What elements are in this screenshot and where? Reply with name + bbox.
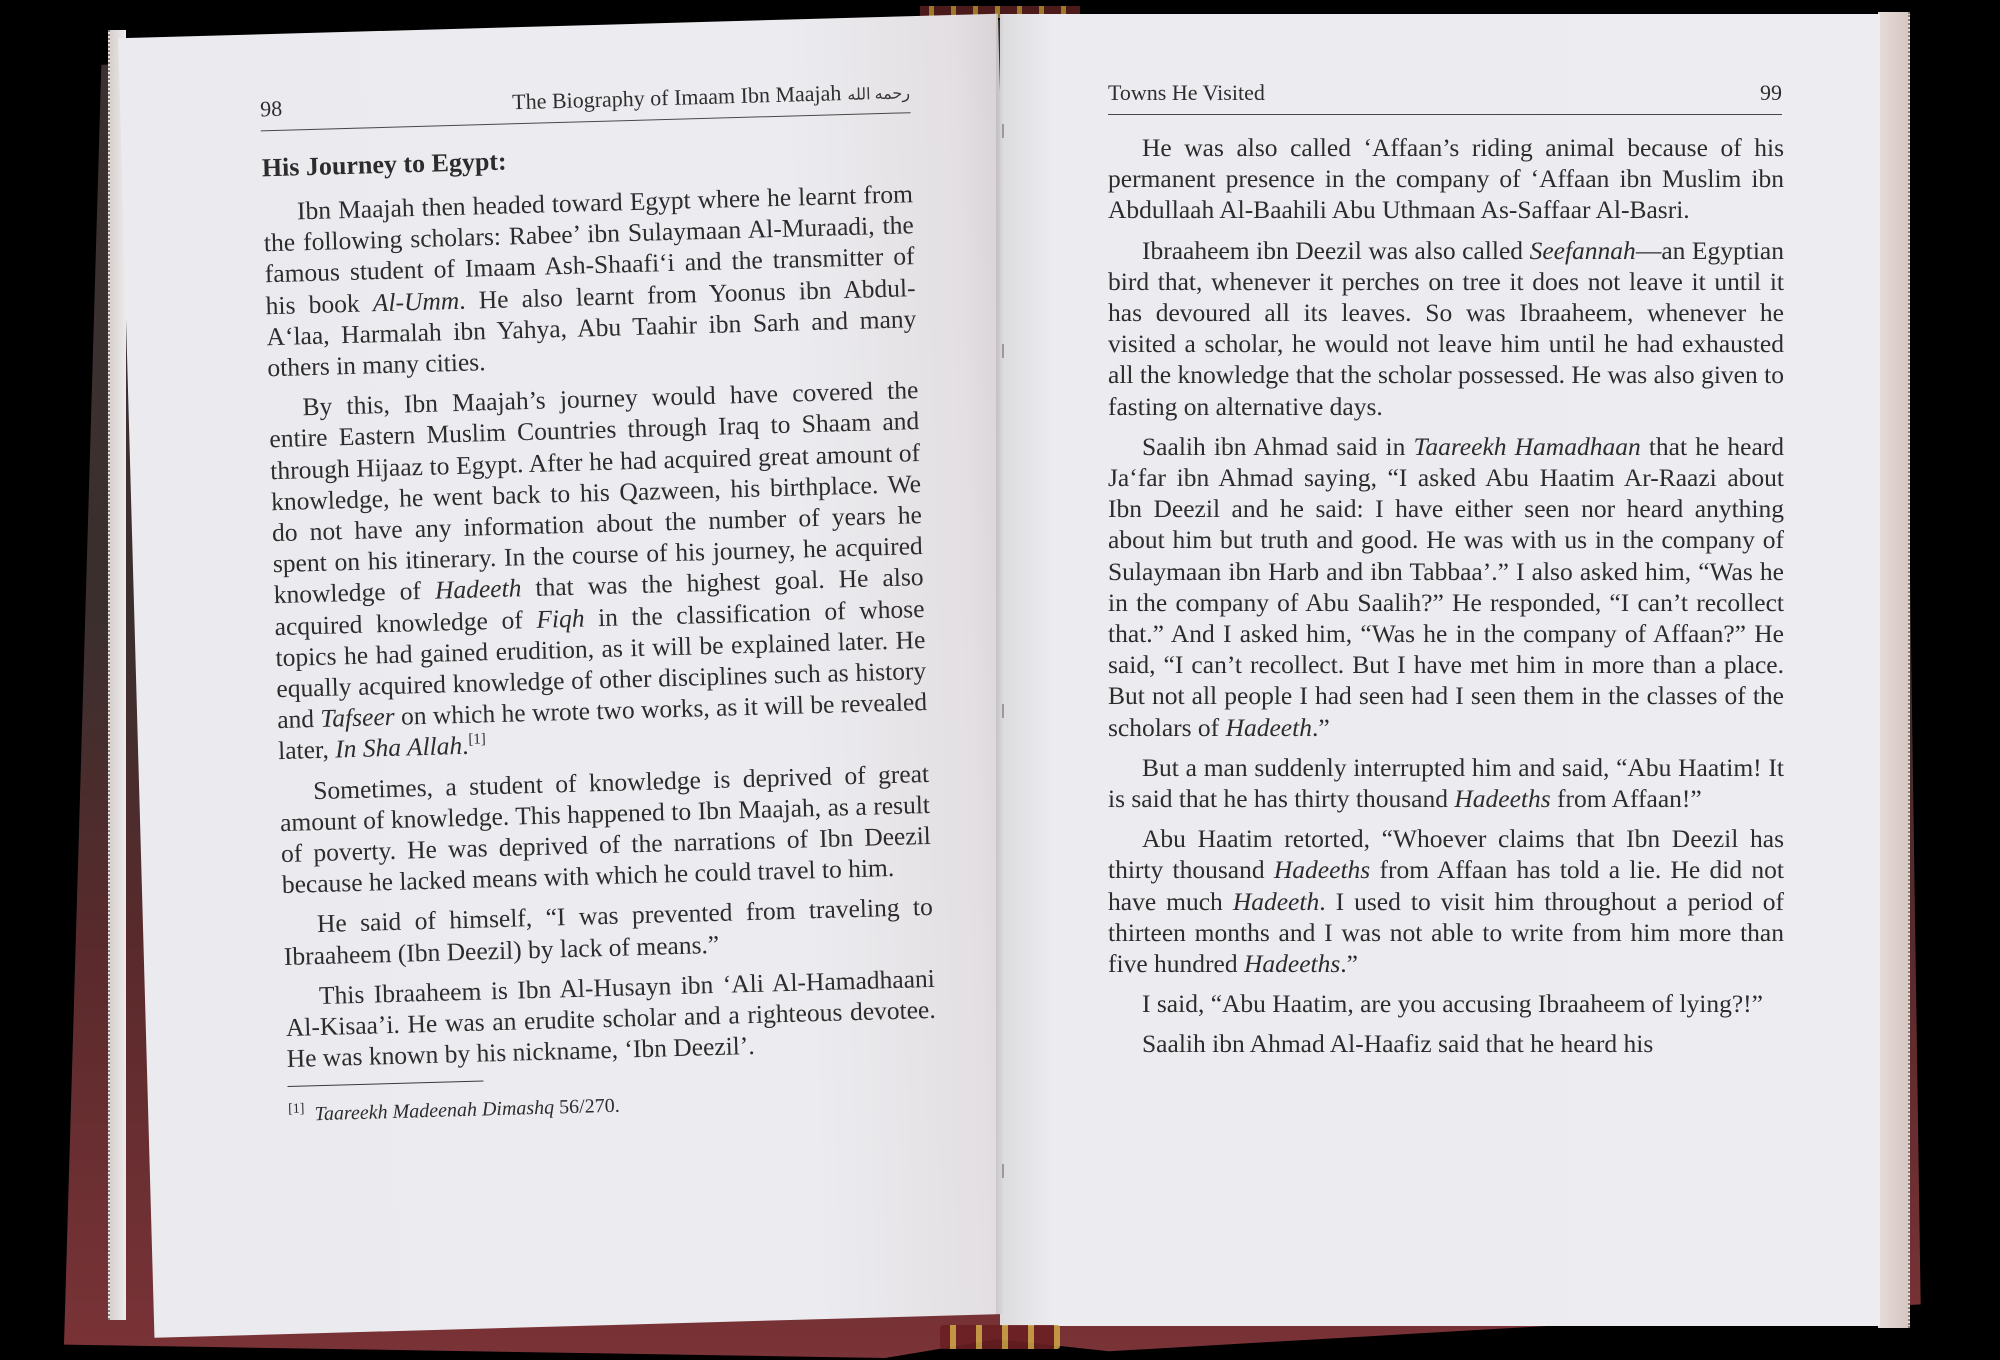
paragraph: Saalih ibn Ahmad Al-Haafiz said that he …	[1108, 1028, 1784, 1059]
left-page: 98 The Biography of Imaam Ibn Maajahرحمه…	[118, 14, 1034, 1338]
italic-term: Hadeeths	[1454, 784, 1550, 813]
left-running-title: The Biography of Imaam Ibn Maajah	[512, 80, 842, 114]
footnote-ref: [1]	[468, 732, 486, 748]
italic-term: In Sha Allah	[335, 731, 463, 764]
text-run: Ibraaheem ibn Deezil was also called	[1142, 236, 1530, 265]
text-run: from Affaan!”	[1551, 784, 1702, 813]
paragraph: I said, “Abu Haatim, are you accusing Ib…	[1108, 988, 1784, 1019]
italic-term: Hadeeth	[435, 574, 522, 605]
italic-term: Hadeeth	[1226, 713, 1312, 742]
right-paragraphs: He was also called ‘Affaan’s riding anim…	[1108, 132, 1784, 1060]
right-page: Towns He Visited 99 He was also called ‘…	[1000, 14, 1880, 1326]
text-run: Sometimes, a student of knowledge is dep…	[280, 759, 931, 900]
italic-term: Seefannah	[1530, 236, 1636, 265]
footnote: [1]Taareekh Madeenah Dimashq 56/270.	[288, 1079, 939, 1128]
footnote-reference: 56/270.	[554, 1095, 620, 1119]
right-body-text: He was also called ‘Affaan’s riding anim…	[1108, 132, 1784, 1069]
left-page-number: 98	[260, 96, 283, 123]
spine-headband-bottom	[940, 1325, 1060, 1349]
text-run: I said, “Abu Haatim, are you accusing Ib…	[1142, 989, 1763, 1018]
book-photo: 98 The Biography of Imaam Ibn Maajahرحمه…	[0, 0, 2000, 1360]
text-run: He said of himself, “I was prevented fro…	[283, 892, 933, 970]
italic-term: Hadeeth	[1233, 887, 1319, 916]
text-run: .”	[1340, 949, 1358, 978]
paragraph: He was also called ‘Affaan’s riding anim…	[1108, 132, 1784, 226]
italic-term: Al-Umm	[372, 285, 459, 316]
right-running-title: Towns He Visited	[1108, 80, 1265, 106]
text-run: Saalih ibn Ahmad said in	[1142, 432, 1413, 461]
paragraph: He said of himself, “I was prevented fro…	[283, 891, 934, 972]
paragraph: By this, Ibn Maajah’s journey would have…	[268, 374, 928, 766]
honorific-glyph-icon: رحمه الله	[847, 85, 910, 104]
page-edge-right	[1878, 12, 1910, 1328]
footnote-source-title: Taareekh Madeenah Dimashq	[314, 1097, 554, 1126]
text-run: Saalih ibn Ahmad Al-Haafiz said that he …	[1142, 1029, 1653, 1058]
text-run: He was also called ‘Affaan’s riding anim…	[1108, 133, 1784, 224]
footnote-marker: [1]	[288, 1102, 305, 1117]
text-run: .”	[1312, 713, 1330, 742]
paragraph: Ibn Maajah then headed toward Egypt wher…	[263, 178, 918, 383]
paragraph: Saalih ibn Ahmad said in Taareekh Hamadh…	[1108, 431, 1784, 743]
paragraph: Abu Haatim retorted, “Whoever claims tha…	[1108, 823, 1784, 979]
footnote-divider	[288, 1081, 484, 1087]
paragraph: But a man suddenly interrupted him and s…	[1108, 752, 1784, 814]
right-running-header: Towns He Visited 99	[1108, 80, 1782, 115]
gutter-shadow	[996, 14, 1004, 1314]
italic-term: Taareekh Hamadhaan	[1413, 432, 1640, 461]
left-running-title-wrap: The Biography of Imaam Ibn Maajahرحمه ال…	[512, 78, 910, 115]
text-run: This Ibraaheem is Ibn Al-Husayn ibn ‘Ali…	[285, 964, 936, 1074]
left-running-header: 98 The Biography of Imaam Ibn Maajahرحمه…	[260, 78, 911, 131]
italic-term: Hadeeths	[1274, 855, 1370, 884]
section-heading: His Journey to Egypt:	[261, 134, 912, 184]
left-body-text: His Journey to Egypt: Ibn Maajah then he…	[261, 134, 938, 1128]
italic-term: Hadeeths	[1244, 949, 1340, 978]
italic-term: Fiqh	[536, 603, 585, 633]
left-paragraphs: Ibn Maajah then headed toward Egypt wher…	[263, 178, 937, 1074]
italic-term: Tafseer	[320, 702, 395, 733]
paragraph: Ibraaheem ibn Deezil was also called See…	[1108, 235, 1784, 422]
paragraph: This Ibraaheem is Ibn Al-Husayn ibn ‘Ali…	[285, 963, 937, 1075]
right-page-number: 99	[1760, 80, 1782, 106]
text-run: that he heard Ja‘far ibn Ahmad saying, “…	[1108, 432, 1784, 742]
paragraph: Sometimes, a student of knowledge is dep…	[279, 758, 932, 901]
